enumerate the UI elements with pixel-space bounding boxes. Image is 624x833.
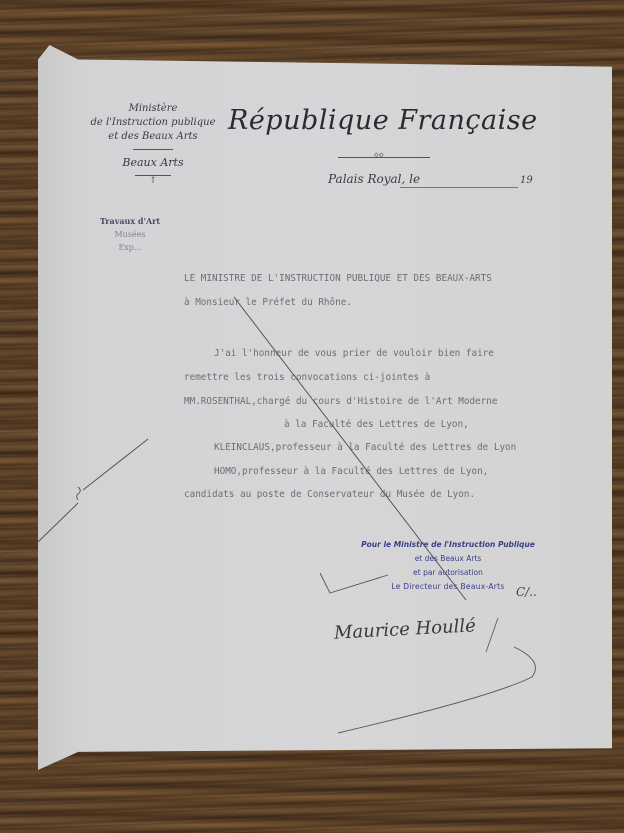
diagonal-strike-line xyxy=(234,297,466,600)
stamp-bracket-stroke xyxy=(320,573,388,593)
margin-stroke-upper xyxy=(83,439,148,490)
signature-flourish xyxy=(338,647,535,733)
letter-paper: Ministère de l'Instruction publique et d… xyxy=(38,45,612,770)
signature-stroke xyxy=(486,618,498,652)
squiggle-mark xyxy=(77,487,81,500)
margin-stroke-lower xyxy=(38,503,78,542)
pen-strokes xyxy=(38,45,612,770)
